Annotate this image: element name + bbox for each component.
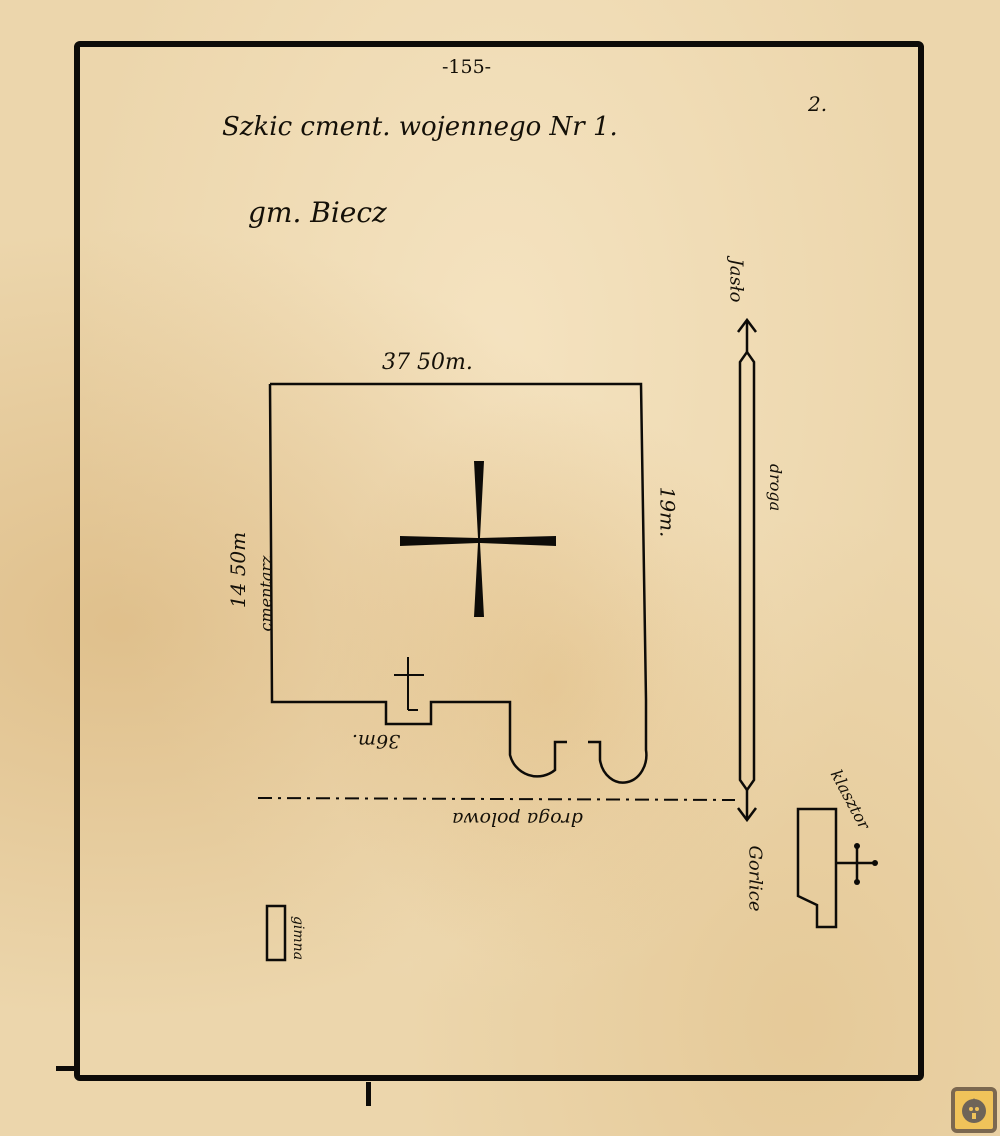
- eagle-emblem-icon: [958, 1094, 990, 1126]
- label-field-road: droga polowa: [452, 808, 583, 830]
- dimension-left: 14 50m: [226, 532, 250, 608]
- arrow-label-jaslo: Jasło: [725, 259, 746, 303]
- label-road: droga: [766, 464, 785, 511]
- label-cemetery: cmentarz: [256, 556, 275, 632]
- dimension-right: 19m.: [655, 487, 679, 538]
- label-building: gimna: [290, 916, 306, 960]
- dimension-bottom: 36m.: [352, 730, 400, 752]
- dimension-top: 37 50m.: [382, 350, 473, 375]
- archive-stamp[interactable]: [951, 1087, 997, 1133]
- cemetery-sketch-drawing: [0, 0, 1000, 1136]
- arrow-label-gorlice: Gorlice: [745, 845, 766, 911]
